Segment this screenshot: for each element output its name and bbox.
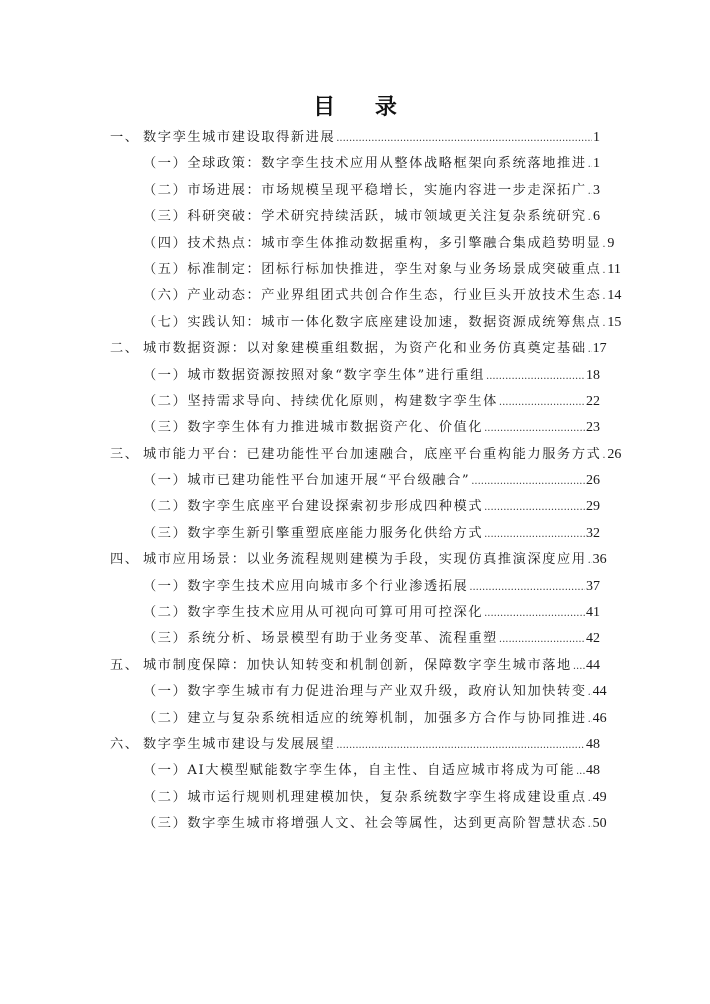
page-number: 11: [607, 257, 620, 283]
toc-section-entry[interactable]: （二）数字孪生技术应用从可视向可算可用可控深化41: [110, 600, 600, 626]
dot-leader: [588, 811, 592, 838]
dot-leader: [602, 442, 606, 469]
entry-title: （一）数字孪生技术应用向城市多个行业渗透拓展: [143, 574, 468, 600]
page-number: 22: [586, 389, 600, 415]
entry-title: （一）数字孪生城市有力促进治理与产业双升级，政府认知加快转变: [143, 679, 587, 705]
page-number: 1: [593, 125, 600, 151]
page-number: 48: [586, 732, 600, 758]
page-number: 49: [593, 785, 607, 811]
toc-section-entry[interactable]: （二）建立与复杂系统相适应的统筹机制，加强多方合作与协同推进46: [110, 706, 600, 732]
entry-title: （六）产业动态：产业界组团式共创合作生态，行业巨头开放技术生态: [143, 283, 601, 309]
page-number: 9: [607, 231, 614, 257]
page-number: 17: [593, 336, 607, 362]
entry-title: 城市应用场景：以业务流程规则建模为手段，实现仿真推演深度应用: [143, 547, 587, 573]
page-number: 46: [593, 706, 607, 732]
dot-leader: [499, 389, 585, 416]
chapter-number: 二、: [110, 336, 143, 362]
page-number: 6: [593, 204, 600, 230]
dot-leader: [588, 151, 592, 178]
dot-leader: [336, 125, 592, 152]
dot-leader: [588, 785, 592, 812]
page-title: 目 录: [0, 90, 710, 121]
page-number: 26: [607, 442, 621, 468]
toc-section-entry[interactable]: （二）市场进展：市场规模呈现平稳增长，实施内容进一步走深拓广3: [110, 178, 600, 204]
toc-section-entry[interactable]: （二）坚持需求导向、持续优化原则，构建数字孪生体22: [110, 389, 600, 415]
toc-chapter-entry[interactable]: 五、城市制度保障：加快认知转变和机制创新，保障数字孪生城市落地44: [110, 653, 600, 679]
dot-leader: [588, 706, 592, 733]
entry-title: （三）系统分析、场景模型有助于业务变革、流程重塑: [143, 626, 498, 652]
toc-chapter-entry[interactable]: 六、数字孪生城市建设与发展展望48: [110, 732, 600, 758]
dot-leader: [588, 547, 592, 574]
page-number: 26: [586, 468, 600, 494]
toc-section-entry[interactable]: （一）AI大模型赋能数字孪生体，自主性、自适应城市将成为可能48: [110, 758, 600, 784]
entry-title: 城市能力平台：已建功能性平台加速融合，底座平台重构能力服务方式: [143, 442, 601, 468]
page-number: 14: [607, 283, 621, 309]
toc-section-entry[interactable]: （一）城市数据资源按照对象“数字孪生体”进行重组18: [110, 363, 600, 389]
page-number: 15: [607, 310, 621, 336]
toc-chapter-entry[interactable]: 四、城市应用场景：以业务流程规则建模为手段，实现仿真推演深度应用36: [110, 547, 600, 573]
page-number: 42: [586, 626, 600, 652]
page-number: 29: [586, 494, 600, 520]
dot-leader: [573, 653, 585, 680]
entry-title: 数字孪生城市建设取得新进展: [143, 125, 335, 151]
toc-section-entry[interactable]: （七）实践认知：城市一体化数字底座建设加速，数据资源成统筹焦点15: [110, 310, 600, 336]
page-number: 23: [586, 415, 600, 441]
dot-leader: [602, 283, 606, 310]
dot-leader: [469, 574, 585, 601]
entry-title: （四）技术热点：城市孪生体推动数据重构，多引擎融合集成趋势明显: [143, 231, 601, 257]
entry-title: （二）数字孪生技术应用从可视向可算可用可控深化: [143, 600, 483, 626]
chapter-number: 六、: [110, 732, 143, 758]
dot-leader: [602, 231, 606, 258]
toc-chapter-entry[interactable]: 二、城市数据资源：以对象建模重组数据，为资产化和业务仿真奠定基础17: [110, 336, 600, 362]
entry-title: （二）城市运行规则机理建模加快，复杂系统数字孪生将成建设重点: [143, 785, 587, 811]
entry-title: （二）数字孪生底座平台建设探索初步形成四种模式: [143, 494, 483, 520]
page-number: 3: [593, 178, 600, 204]
entry-title: （一）AI大模型赋能数字孪生体，自主性、自适应城市将成为可能: [143, 758, 575, 784]
entry-title: （三）数字孪生新引擎重塑底座能力服务化供给方式: [143, 521, 483, 547]
entry-title: （二）坚持需求导向、持续优化原则，构建数字孪生体: [143, 389, 498, 415]
entry-title: （三）科研突破：学术研究持续活跃，城市领域更关注复杂系统研究: [143, 204, 587, 230]
dot-leader: [336, 732, 585, 759]
chapter-number: 三、: [110, 442, 143, 468]
entry-title: （三）数字孪生体有力推进城市数据资产化、价值化: [143, 415, 483, 441]
page-number: 37: [586, 574, 600, 600]
page-number: 44: [586, 653, 600, 679]
entry-title: （一）全球政策：数字孪生技术应用从整体战略框架向系统落地推进: [143, 151, 587, 177]
page-number: 44: [593, 679, 607, 705]
dot-leader: [484, 521, 585, 548]
toc-section-entry[interactable]: （一）数字孪生城市有力促进治理与产业双升级，政府认知加快转变44: [110, 679, 600, 705]
entry-title: 城市数据资源：以对象建模重组数据，为资产化和业务仿真奠定基础: [143, 336, 587, 362]
toc-section-entry[interactable]: （二）城市运行规则机理建模加快，复杂系统数字孪生将成建设重点49: [110, 785, 600, 811]
entry-title: （三）数字孪生城市将增强人文、社会等属性，达到更高阶智慧状态: [143, 811, 587, 837]
dot-leader: [471, 468, 585, 495]
entry-title: （二）建立与复杂系统相适应的统筹机制，加强多方合作与协同推进: [143, 706, 587, 732]
dot-leader: [576, 758, 585, 785]
document-page: 目 录 一、数字孪生城市建设取得新进展1（一）全球政策：数字孪生技术应用从整体战…: [0, 0, 710, 1004]
toc-chapter-entry[interactable]: 一、数字孪生城市建设取得新进展1: [110, 125, 600, 151]
chapter-number: 五、: [110, 653, 143, 679]
chapter-number: 四、: [110, 547, 143, 573]
page-number: 18: [586, 363, 600, 389]
dot-leader: [588, 336, 592, 363]
toc-section-entry[interactable]: （三）科研突破：学术研究持续活跃，城市领域更关注复杂系统研究6: [110, 204, 600, 230]
page-number: 50: [593, 811, 607, 837]
toc-section-entry[interactable]: （三）数字孪生体有力推进城市数据资产化、价值化23: [110, 415, 600, 441]
dot-leader: [588, 178, 592, 205]
page-number: 48: [586, 758, 600, 784]
dot-leader: [484, 494, 585, 521]
entry-title: 数字孪生城市建设与发展展望: [143, 732, 335, 758]
toc-section-entry[interactable]: （五）标准制定：团标行标加快推进，孪生对象与业务场景成突破重点11: [110, 257, 600, 283]
toc-section-entry[interactable]: （三）系统分析、场景模型有助于业务变革、流程重塑42: [110, 626, 600, 652]
dot-leader: [484, 600, 585, 627]
table-of-contents: 一、数字孪生城市建设取得新进展1（一）全球政策：数字孪生技术应用从整体战略框架向…: [110, 125, 600, 838]
page-number: 1: [593, 151, 600, 177]
dot-leader: [588, 679, 592, 706]
dot-leader: [499, 626, 585, 653]
entry-title: （一）城市已建功能性平台加速开展“平台级融合”: [143, 468, 470, 494]
entry-title: （七）实践认知：城市一体化数字底座建设加速，数据资源成统筹焦点: [143, 310, 601, 336]
toc-chapter-entry[interactable]: 三、城市能力平台：已建功能性平台加速融合，底座平台重构能力服务方式26: [110, 442, 600, 468]
chapter-number: 一、: [110, 125, 143, 151]
toc-section-entry[interactable]: （三）数字孪生城市将增强人文、社会等属性，达到更高阶智慧状态50: [110, 811, 600, 837]
entry-title: （一）城市数据资源按照对象“数字孪生体”进行重组: [143, 363, 485, 389]
entry-title: （二）市场进展：市场规模呈现平稳增长，实施内容进一步走深拓广: [143, 178, 587, 204]
dot-leader: [486, 363, 585, 390]
toc-section-entry[interactable]: （三）数字孪生新引擎重塑底座能力服务化供给方式32: [110, 521, 600, 547]
dot-leader: [484, 415, 585, 442]
page-number: 32: [586, 521, 600, 547]
page-number: 41: [586, 600, 600, 626]
dot-leader: [602, 257, 606, 284]
entry-title: （五）标准制定：团标行标加快推进，孪生对象与业务场景成突破重点: [143, 257, 601, 283]
toc-section-entry[interactable]: （一）全球政策：数字孪生技术应用从整体战略框架向系统落地推进1: [110, 151, 600, 177]
dot-leader: [602, 310, 606, 337]
dot-leader: [588, 204, 592, 231]
toc-section-entry[interactable]: （六）产业动态：产业界组团式共创合作生态，行业巨头开放技术生态14: [110, 283, 600, 309]
toc-section-entry[interactable]: （一）数字孪生技术应用向城市多个行业渗透拓展37: [110, 574, 600, 600]
toc-section-entry[interactable]: （四）技术热点：城市孪生体推动数据重构，多引擎融合集成趋势明显9: [110, 231, 600, 257]
page-number: 36: [593, 547, 607, 573]
entry-title: 城市制度保障：加快认知转变和机制创新，保障数字孪生城市落地: [143, 653, 572, 679]
toc-section-entry[interactable]: （一）城市已建功能性平台加速开展“平台级融合”26: [110, 468, 600, 494]
toc-section-entry[interactable]: （二）数字孪生底座平台建设探索初步形成四种模式29: [110, 494, 600, 520]
